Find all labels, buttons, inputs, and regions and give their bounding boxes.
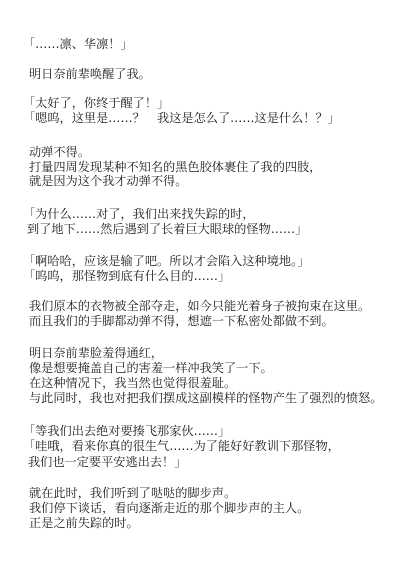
document-page: 「……凛、华凛！」 明日奈前辈唤醒了我。 「太好了，你终于醒了！」 「嗯呜，这里…	[0, 0, 400, 585]
dialogue-line: 「为什么……对了，我们出来找失踪的时，	[23, 207, 255, 222]
narration-line: 我们停下谈话，看向逐渐走近的那个脚步声的主人。	[29, 501, 309, 516]
dialogue-line: 「太好了，你终于醒了！」	[23, 96, 169, 111]
narration-line: 我们原本的衣物被全部夺走，如今只能光着身子被拘束在这里。	[29, 299, 370, 314]
dialogue-line: 「哇哦，看来你真的很生气……为了能好好教训下那怪物，	[23, 439, 340, 454]
dialogue-line: 「啊哈哈，应该是输了吧。所以才会陷入这种境地。」	[23, 254, 309, 269]
narration-line: 就在此时，我们听到了哒哒的脚步声。	[29, 486, 236, 501]
dialogue-line: 「等我们出去绝对要揍飞那家伙……」	[23, 424, 230, 439]
dialogue-line: 「……凛、华凛！」	[23, 37, 133, 52]
narration-line: 像是想要掩盖自己的害羞一样冲我笑了一下。	[29, 361, 273, 376]
dialogue-line: 「呜呜，那怪物到底有什么目的……」	[23, 269, 230, 284]
dialogue-line: 「嗯呜，这里是……？ 我这是怎么了……这是什么！？」	[23, 111, 340, 126]
narration-line: 明日奈前辈唤醒了我。	[29, 67, 151, 82]
narration-line: 打量四周发现某种不知名的黑色胶体裹住了我的四肢，	[29, 160, 322, 175]
narration-line: 正是之前失踪的时。	[29, 516, 139, 531]
narration-line: 明日奈前辈脸羞得通红，	[29, 346, 163, 361]
narration-line: 就是因为这个我才动弹不得。	[29, 174, 187, 189]
dialogue-line: 到了地下……然后遇到了长着巨大眼球的怪物……」	[27, 222, 307, 237]
narration-line: 动弹不得。	[29, 145, 90, 160]
dialogue-line: 我们也一定要平安逃出去！」	[28, 455, 186, 470]
narration-line: 在这种情况下，我当然也觉得很羞耻。	[29, 376, 236, 391]
narration-line: 而且我们的手脚都动弹不得，想遮一下私密处都做不到。	[29, 314, 334, 329]
narration-line: 与此同时，我也对把我们摆成这副模样的怪物产生了强烈的愤怒。	[29, 391, 382, 406]
